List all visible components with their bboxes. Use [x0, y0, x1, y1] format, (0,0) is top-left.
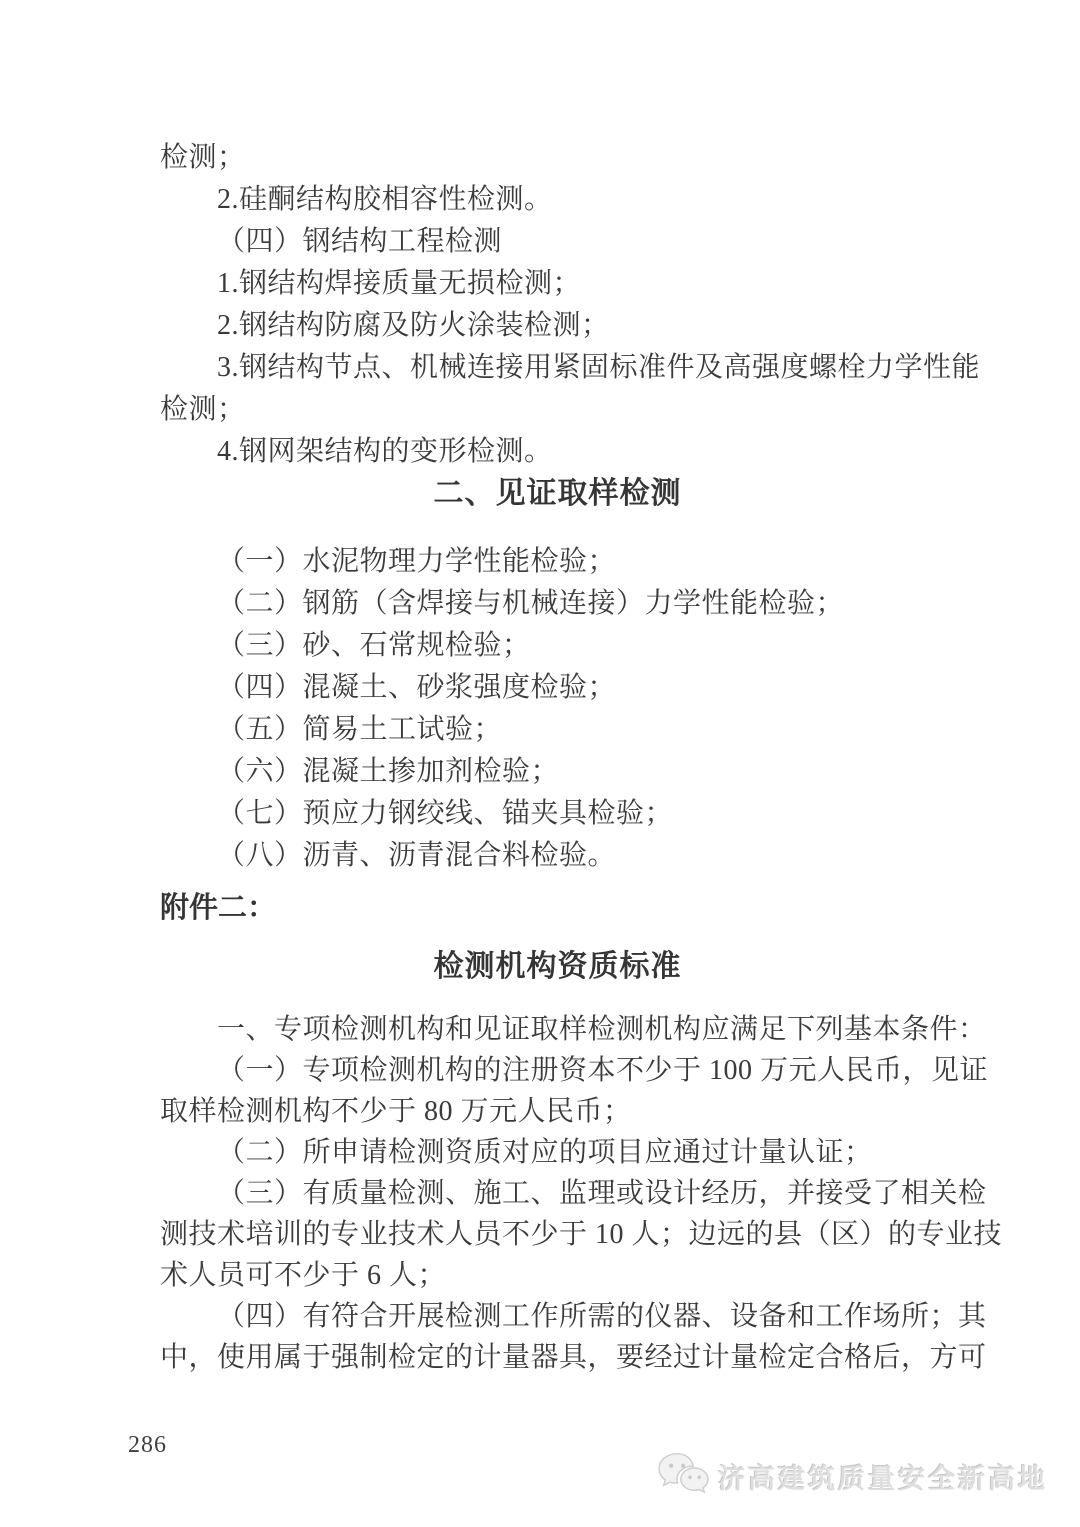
text-line: 检测；: [160, 137, 955, 179]
list-item-line: （二）钢筋（含焊接与机械连接）力学性能检验；: [160, 583, 955, 625]
list-item-line: （三）砂、石常规检验；: [160, 625, 955, 667]
text-line: 测技术培训的专业技术人员不少于 10 人；边远的县（区）的专业技: [160, 1214, 955, 1255]
page-number: 286: [128, 1430, 167, 1460]
text-line: （二）所申请检测资质对应的项目应通过计量认证；: [160, 1132, 955, 1173]
text-line: （一）专项检测机构的注册资本不少于 100 万元人民币，见证: [160, 1050, 955, 1091]
text-line: 1.钢结构焊接质量无损检测；: [160, 263, 955, 305]
wechat-icon: [656, 1450, 712, 1503]
list-item-line: （五）简易土工试验；: [160, 709, 955, 751]
text-line: 2.硅酮结构胶相容性检测。: [160, 179, 955, 221]
document-page: 检测； 2.硅酮结构胶相容性检测。 （四）钢结构工程检测 1.钢结构焊接质量无损…: [0, 0, 1080, 1527]
watermark-text: 济高建筑质量安全新高地: [718, 1457, 1048, 1496]
watermark: 济高建筑质量安全新高地: [656, 1450, 1048, 1503]
doc-title-qualification-standard: 检测机构资质标准: [160, 945, 955, 989]
list-item-line: （四）混凝土、砂浆强度检验；: [160, 667, 955, 709]
text-line: 术人员可不少于 6 人；: [160, 1255, 955, 1296]
text-line: 2.钢结构防腐及防火涂装检测；: [160, 305, 955, 347]
text-line: 检测；: [160, 389, 955, 431]
text-line: 一、专项检测机构和见证取样检测机构应满足下列基本条件：: [160, 1009, 955, 1050]
list-item-line: （七）预应力钢绞线、锚夹具检验；: [160, 793, 955, 835]
text-line: 取样检测机构不少于 80 万元人民币；: [160, 1091, 955, 1132]
list-item-line: （六）混凝土掺加剂检验；: [160, 751, 955, 793]
text-line: （四）有符合开展检测工作所需的仪器、设备和工作场所；其: [160, 1296, 955, 1337]
text-line: （四）钢结构工程检测: [160, 221, 955, 263]
text-line: 3.钢结构节点、机械连接用紧固标准件及高强度螺栓力学性能: [160, 347, 955, 389]
section-heading-witness-sampling: 二、见证取样检测: [160, 473, 955, 515]
text-line: 4.钢网架结构的变形检测。: [160, 431, 955, 473]
list-item-line: （八）沥青、沥青混合料检验。: [160, 835, 955, 877]
attachment-two-label: 附件二：: [160, 887, 955, 929]
text-line: 中，使用属于强制检定的计量器具，要经过计量检定合格后，方可: [160, 1337, 955, 1378]
list-item-line: （一）水泥物理力学性能检验；: [160, 541, 955, 583]
text-line: （三）有质量检测、施工、监理或设计经历，并接受了相关检: [160, 1173, 955, 1214]
